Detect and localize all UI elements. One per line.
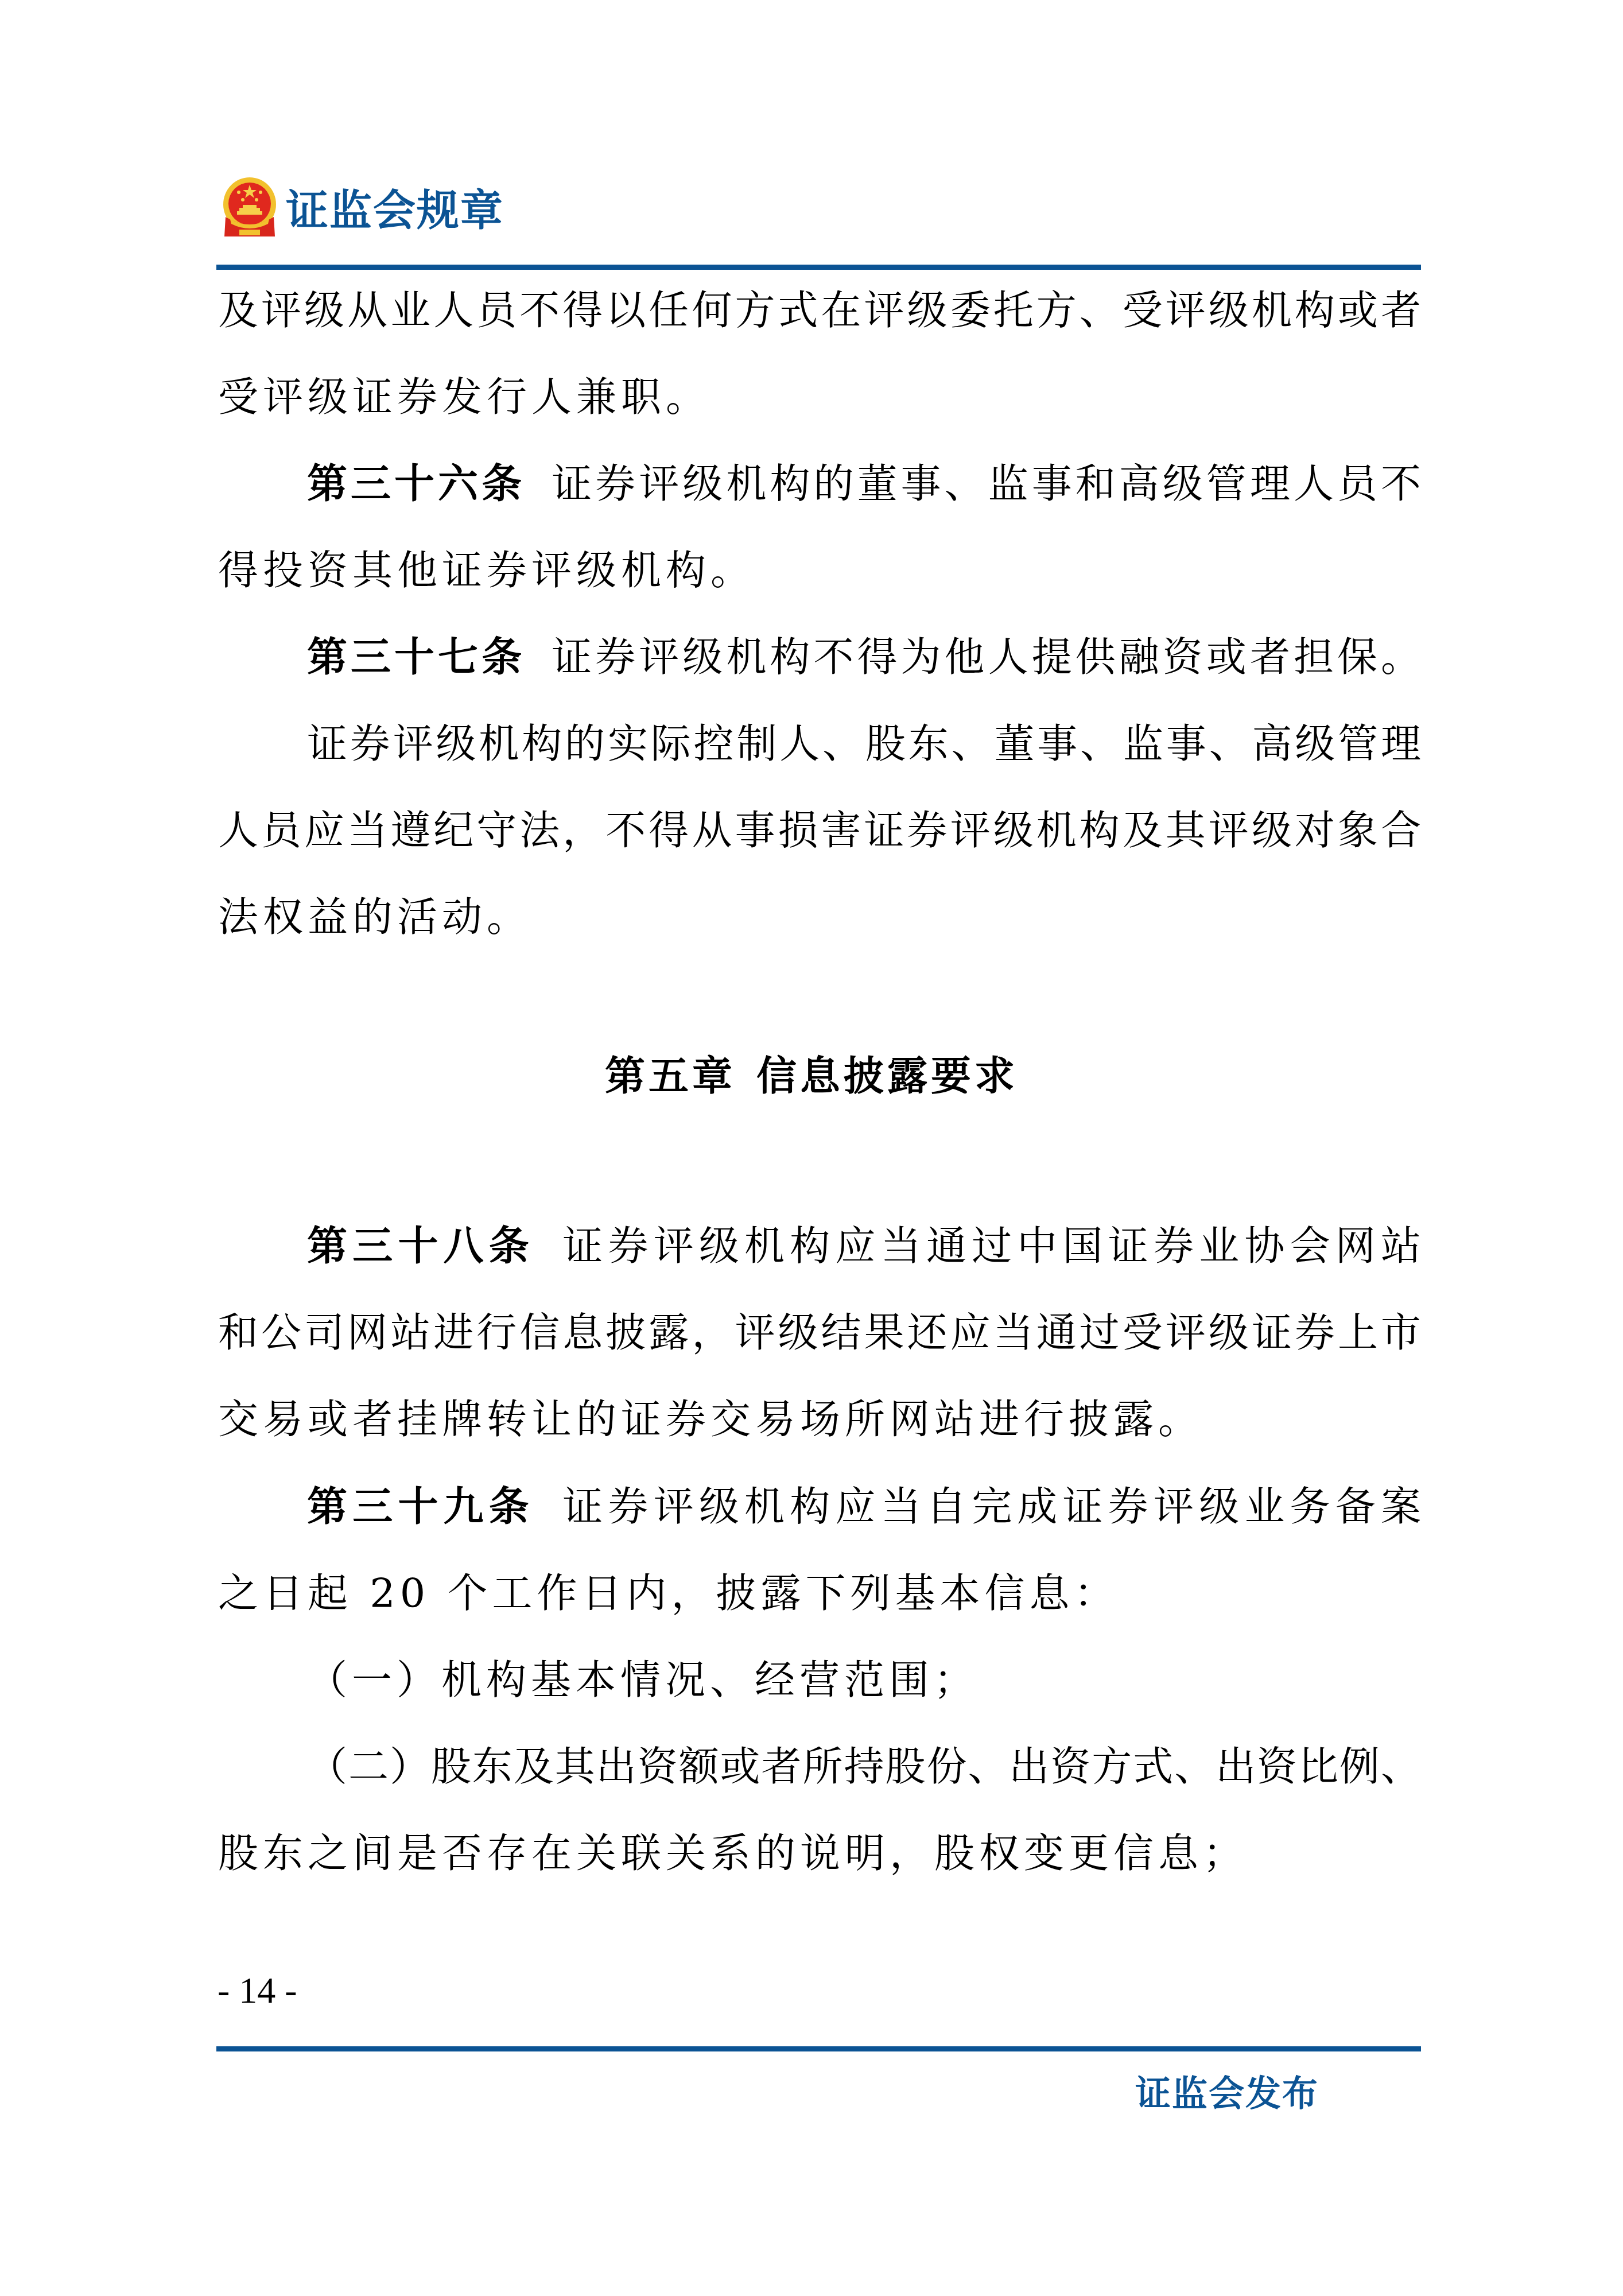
chapter-number: 第五章	[605, 1053, 736, 1100]
line-text: 股东之间是否存在关联关系的说明，股权变更信息；	[218, 1830, 1248, 1877]
body-line: 交易或者挂牌转让的证券交易场所网站进行披露。	[218, 1397, 1421, 1442]
line-text: 证券评级机构不得为他人提供融资或者担保。	[548, 634, 1421, 681]
line-text: 和公司网站进行信息披露，评级结果还应当通过受评级证券上市	[218, 1309, 1421, 1356]
body-line: 法权益的活动。	[218, 894, 1421, 940]
body-line: 股东之间是否存在关联关系的说明，股权变更信息；	[218, 1830, 1421, 1876]
article-number: 第三十六条	[307, 460, 525, 507]
header-divider	[216, 265, 1421, 270]
body-line: 得投资其他证券评级机构。	[218, 548, 1421, 594]
document-page: 证监会规章 及评级从业人员不得以任何方式在评级委托方、受评级机构或者 受评级证券…	[0, 0, 1623, 2296]
body-line: 人员应当遵纪守法，不得从事损害证券评级机构及其评级对象合	[218, 808, 1421, 854]
body-line: 及评级从业人员不得以任何方式在评级委托方、受评级机构或者	[218, 288, 1421, 333]
article-37-line: 第三十七条证券评级机构不得为他人提供融资或者担保。	[307, 634, 1421, 680]
body-line: 和公司网站进行信息披露，评级结果还应当通过受评级证券上市	[218, 1310, 1421, 1356]
chapter-heading: 第五章信息披露要求	[0, 1053, 1623, 1099]
article-number: 第三十七条	[307, 634, 525, 681]
line-text: （二）股东及其出资额或者所持股份、出资方式、出资比例、	[307, 1743, 1421, 1790]
line-text: 法权益的活动。	[218, 894, 531, 941]
footer-divider	[216, 2046, 1421, 2051]
chapter-title: 信息披露要求	[756, 1053, 1018, 1100]
publisher-label: 证监会发布	[1135, 2070, 1319, 2118]
line-text: 交易或者挂牌转让的证券交易场所网站进行披露。	[218, 1396, 1203, 1443]
national-emblem-icon	[222, 177, 277, 238]
list-item: （一）机构基本情况、经营范围；	[307, 1657, 1421, 1703]
header-title: 证监会规章	[286, 185, 504, 236]
line-text: （一）机构基本情况、经营范围；	[307, 1657, 979, 1704]
article-36-line: 第三十六条证券评级机构的董事、监事和高级管理人员不	[307, 461, 1421, 507]
line-text: 证券评级机构的董事、监事和高级管理人员不	[548, 460, 1421, 507]
article-number: 第三十九条	[307, 1483, 534, 1530]
body-line: 之日起 20 个工作日内，披露下列基本信息：	[218, 1570, 1421, 1616]
line-text: 之日起 20 个工作日内，披露下列基本信息：	[218, 1570, 1119, 1617]
list-item: （二）股东及其出资额或者所持股份、出资方式、出资比例、	[307, 1744, 1421, 1790]
body-line: 受评级证券发行人兼职。	[218, 374, 1421, 420]
article-39-line: 第三十九条证券评级机构应当自完成证券评级业务备案	[307, 1484, 1421, 1530]
line-text: 人员应当遵纪守法，不得从事损害证券评级机构及其评级对象合	[218, 807, 1421, 854]
page-number: - 14 -	[218, 1969, 297, 2012]
line-text: 受评级证券发行人兼职。	[218, 374, 710, 421]
line-text: 证券评级机构应当自完成证券评级业务备案	[557, 1483, 1421, 1530]
article-number: 第三十八条	[307, 1223, 534, 1270]
line-text: 及评级从业人员不得以任何方式在评级委托方、受评级机构或者	[218, 287, 1421, 334]
body-line: 证券评级机构的实际控制人、股东、董事、监事、高级管理	[307, 721, 1421, 767]
line-text: 得投资其他证券评级机构。	[218, 547, 755, 594]
line-text: 证券评级机构应当通过中国证券业协会网站	[557, 1223, 1421, 1270]
article-38-line: 第三十八条证券评级机构应当通过中国证券业协会网站	[307, 1223, 1421, 1269]
line-text: 证券评级机构的实际控制人、股东、董事、监事、高级管理	[307, 720, 1421, 767]
